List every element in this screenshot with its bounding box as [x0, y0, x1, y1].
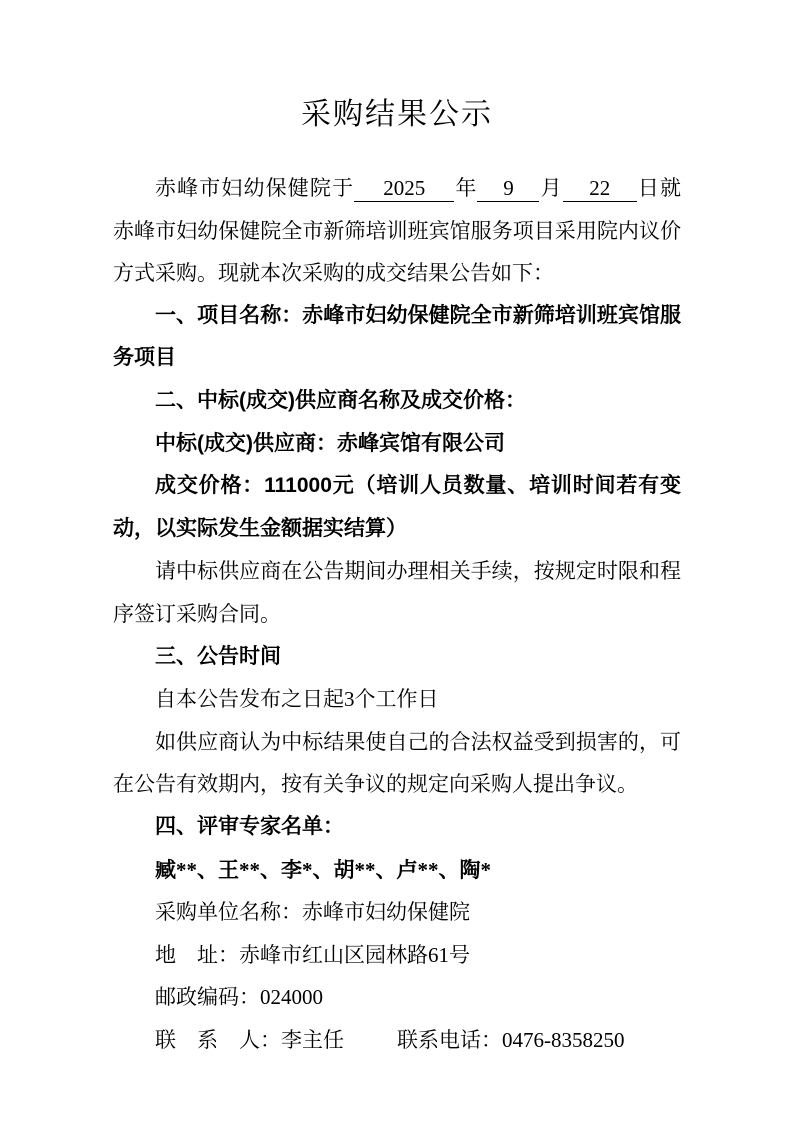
postal-label: 邮政编码：: [155, 985, 260, 1009]
postal-code-line: 邮政编码：024000: [113, 976, 681, 1019]
intro-paragraph: 赤峰市妇幼保健院于2025年9月22日就赤峰市妇幼保健院全市新筛培训班宾馆服务项…: [113, 167, 681, 295]
document-title: 采购结果公示: [113, 90, 681, 140]
document-page: 采购结果公示 赤峰市妇幼保健院于2025年9月22日就赤峰市妇幼保健院全市新筛培…: [0, 0, 794, 1123]
contact-phone-value: 0476-8358250: [502, 1028, 625, 1052]
section-1-heading: 一、项目名称：赤峰市妇幼保健院全市新筛培训班宾馆服务项目: [113, 295, 681, 380]
day-blank-field: 22: [563, 175, 637, 202]
contact-person-label: 联 系 人：: [155, 1028, 281, 1052]
section-2-heading: 二、中标(成交)供应商名称及成交价格：: [113, 380, 681, 423]
year-unit-label: 年: [454, 176, 477, 200]
month-blank-field: 9: [477, 175, 539, 202]
month-unit-label: 月: [539, 176, 562, 200]
postal-value: 024000: [260, 985, 323, 1009]
buyer-value: 赤峰市妇幼保健院: [302, 900, 470, 924]
section-3-heading: 三、公告时间: [113, 636, 681, 679]
supplier-line: 中标(成交)供应商：赤峰宾馆有限公司: [113, 423, 681, 466]
announcement-period-paragraph: 自本公告发布之日起3个工作日: [113, 678, 681, 721]
address-value: 赤峰市红山区园林路61号: [239, 943, 470, 967]
address-label: 地 址：: [155, 943, 239, 967]
address-line: 地 址：赤峰市红山区园林路61号: [113, 934, 681, 977]
supplier-value: 赤峰宾馆有限公司: [337, 432, 505, 455]
price-label: 成交价格：: [155, 474, 264, 497]
buyer-line: 采购单位名称：赤峰市妇幼保健院: [113, 891, 681, 934]
contact-phone-label: 联系电话：: [397, 1028, 502, 1052]
contact-line: 联 系 人：李主任联系电话：0476-8358250: [113, 1019, 681, 1062]
supplier-label: 中标(成交)供应商：: [155, 432, 337, 455]
contract-notice-paragraph: 请中标供应商在公告期间办理相关手续，按规定时限和程序签订采购合同。: [113, 550, 681, 635]
experts-list: 臧**、王**、李*、胡**、卢**、陶*: [113, 849, 681, 892]
intro-prefix: 赤峰市妇幼保健院于: [155, 176, 354, 200]
dispute-notice-paragraph: 如供应商认为中标结果使自己的合法权益受到损害的，可在公告有效期内，按有关争议的规…: [113, 721, 681, 806]
section-4-heading: 四、评审专家名单：: [113, 806, 681, 849]
contact-person-value: 李主任: [281, 1028, 344, 1052]
buyer-label: 采购单位名称：: [155, 900, 302, 924]
year-blank-field: 2025: [354, 175, 454, 202]
price-line: 成交价格：111000元（培训人员数量、培训时间若有变动，以实际发生金额据实结算…: [113, 465, 681, 550]
